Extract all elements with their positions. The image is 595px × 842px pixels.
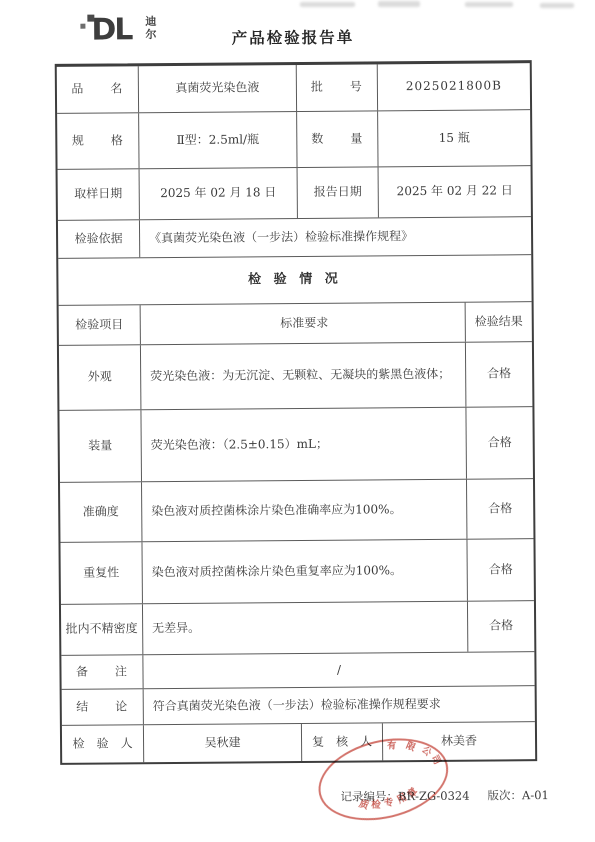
- label-batch-no: 批 号: [296, 64, 377, 111]
- test-requirement: 染色液对质控菌株涂片染色准确率应为100%。: [141, 480, 466, 542]
- stamp-arc-char: 专: [383, 798, 394, 809]
- test-result: 合格: [466, 479, 533, 539]
- test-row-accuracy: 准确度 染色液对质控菌株涂片染色准确率应为100%。 合格: [60, 478, 533, 542]
- test-item: 外观: [59, 345, 141, 410]
- table-header-row: 检验项目 标准要求 检验结果: [59, 301, 532, 345]
- table-row-conclusion: 结 论 符合真菌荧光染色液（一步法）检验标准操作规程要求: [62, 685, 535, 725]
- test-item: 重复性: [60, 542, 141, 604]
- table-row: 取样日期 2025 年 02 月 18 日 报告日期 2025 年 02 月 2…: [58, 165, 531, 220]
- test-result: 合格: [467, 601, 534, 652]
- test-requirement: 荧光染色液：为无沉淀、无颗粒、无凝块的紫黑色液体；: [140, 343, 465, 410]
- label-sampling-date: 取样日期: [58, 169, 139, 220]
- label-remark: 备 注: [61, 655, 142, 689]
- label-inspector: 检 验 人: [62, 725, 143, 763]
- label-product-name: 品 名: [57, 66, 138, 113]
- label-inspection-basis: 检验依据: [58, 220, 139, 258]
- table-row: 规 格 Ⅱ型：2.5ml/瓶 数 量 15 瓶: [57, 109, 530, 169]
- test-result: 合格: [465, 342, 533, 407]
- label-conclusion: 结 论: [62, 689, 143, 725]
- test-item: 批内不精密度: [61, 604, 142, 655]
- column-header-result: 检验结果: [465, 302, 532, 342]
- value-batch-no: 2025021800B: [377, 63, 530, 110]
- column-header-item: 检验项目: [59, 305, 140, 345]
- page-title: 产品检验报告单: [54, 24, 531, 50]
- test-requirement: 荧光染色液：（2.5±0.15）mL；: [140, 408, 466, 482]
- value-conclusion: 符合真菌荧光染色液（一步法）检验标准操作规程要求: [143, 686, 535, 724]
- value-inspector-name: 吴秋建: [143, 724, 301, 762]
- label-specification: 规 格: [57, 113, 138, 169]
- value-specification: Ⅱ型：2.5ml/瓶: [138, 112, 296, 168]
- value-product-name: 真菌荧光染色液: [138, 65, 296, 112]
- table-row: 检验依据 《真菌荧光染色液（一步法）检验标准操作规程》: [58, 216, 531, 258]
- table-row-remark: 备 注 /: [61, 651, 534, 689]
- table-row: 品 名 真菌荧光染色液 批 号 2025021800B: [57, 63, 530, 113]
- report-table: 品 名 真菌荧光染色液 批 号 2025021800B 规 格 Ⅱ型：2.5ml…: [55, 60, 537, 765]
- label-quantity: 数 量: [296, 111, 377, 167]
- table-row-signatures: 检 验 人 吴秋建 复 核 人 林美香: [62, 721, 535, 763]
- value-sampling-date: 2025 年 02 月 18 日: [139, 168, 297, 219]
- test-requirement: 无差异。: [142, 602, 467, 655]
- report-sheet: DL 迪尔 产品检验报告单 品 名 真菌荧光染色液 批 号 2025021800…: [0, 0, 595, 842]
- value-remark: /: [142, 652, 534, 688]
- label-report-date: 报告日期: [297, 167, 378, 218]
- table-row-section: 检 验 情 况: [58, 254, 531, 305]
- test-row-repeatability: 重复性 染色液对质控菌株涂片染色重复率应为100%。 合格: [60, 538, 533, 604]
- section-title-inspection: 检 验 情 况: [58, 255, 531, 305]
- test-item: 装量: [59, 410, 141, 482]
- test-item: 准确度: [60, 482, 141, 542]
- stamp-arc-char: 有: [387, 742, 396, 751]
- test-result: 合格: [465, 407, 533, 479]
- version-number: 版次：A-01: [487, 787, 548, 803]
- stamp-arc-char: 检: [371, 801, 381, 811]
- value-quantity: 15 瓶: [377, 110, 530, 166]
- scanned-report-page: { "header": { "logo_dl": "DL", "logo_cn_…: [0, 0, 595, 842]
- test-row-appearance: 外观 荧光染色液：为无沉淀、无颗粒、无凝块的紫黑色液体； 合格: [59, 341, 532, 410]
- test-result: 合格: [466, 539, 533, 601]
- column-header-requirement: 标准要求: [140, 303, 465, 345]
- test-requirement: 染色液对质控菌株涂片染色重复率应为100%。: [141, 540, 466, 604]
- test-row-fill-volume: 装量 荧光染色液：（2.5±0.15）mL； 合格: [59, 406, 533, 482]
- test-row-imprecision: 批内不精密度 无差异。 合格: [61, 600, 534, 655]
- value-inspection-basis: 《真菌荧光染色液（一步法）检验标准操作规程》: [139, 217, 531, 257]
- value-report-date: 2025 年 02 月 22 日: [378, 166, 531, 217]
